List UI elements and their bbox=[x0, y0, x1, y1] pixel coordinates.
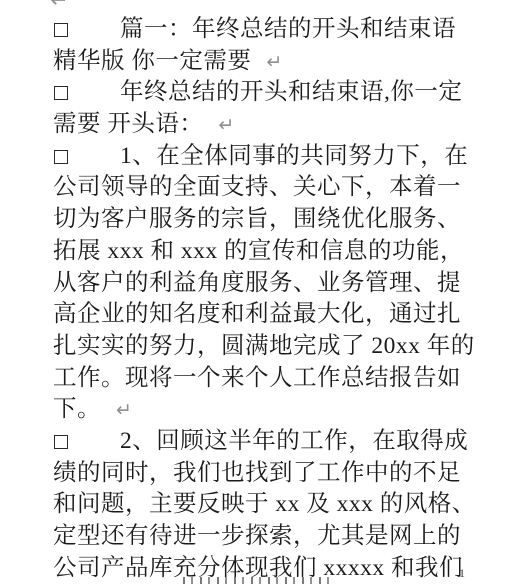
page-number: 1 bbox=[459, 566, 465, 581]
paragraph-mark-icon-cutoff: ↵ bbox=[50, 0, 69, 12]
document-line: 年终总结的开头和结束语,你一定 bbox=[53, 77, 477, 109]
square-bullet-icon bbox=[54, 86, 68, 100]
document-page: ↵ 篇一：年终总结的开头和结束语 精华版 你一定需要↵ 年终总结的开头和结束语,… bbox=[0, 0, 517, 587]
line-text: 需要 开头语： bbox=[53, 111, 203, 137]
line-text: 篇一：年终总结的开头和结束语 bbox=[120, 16, 456, 42]
cutoff-footer-text-glyph-tops bbox=[183, 577, 333, 584]
line-text: 定型还有待进一步探索，尤其是网上的 bbox=[53, 523, 461, 549]
paragraph-mark-icon: ↵ bbox=[218, 114, 234, 136]
square-bullet-icon bbox=[54, 23, 68, 37]
document-line: 下。↵ bbox=[53, 394, 477, 426]
line-text: 1、在全体同事的共同努力下，在 bbox=[120, 143, 468, 169]
line-text: 从客户的利益角度服务、业务管理、提 bbox=[53, 270, 461, 296]
document-line: 工作。现将一个来个人工作总结报告如 bbox=[53, 363, 477, 395]
line-text: 年终总结的开头和结束语,你一定 bbox=[120, 79, 462, 105]
document-line: 1、在全体同事的共同努力下，在 bbox=[53, 141, 477, 173]
line-text: 绩的同时，我们也找到了工作中的不足 bbox=[53, 460, 461, 486]
line-text: 高企业的知名度和利益最大化，通过扎 bbox=[53, 301, 461, 327]
line-text: 和问题，主要反映于 xx 及 xxx 的风格、 bbox=[53, 491, 476, 517]
document-text-block: 篇一：年终总结的开头和结束语 精华版 你一定需要↵ 年终总结的开头和结束语,你一… bbox=[53, 14, 477, 584]
square-bullet-icon bbox=[54, 435, 68, 449]
line-text: 工作。现将一个来个人工作总结报告如 bbox=[53, 365, 461, 391]
document-line: 切为客户服务的宗旨，围绕优化服务、 bbox=[53, 204, 477, 236]
document-line: 和问题，主要反映于 xx 及 xxx 的风格、 bbox=[53, 489, 477, 521]
paragraph-mark-icon: ↵ bbox=[116, 399, 132, 421]
document-line: 需要 开头语：↵ bbox=[53, 109, 477, 141]
document-line: 扎实实的努力，圆满地完成了 20xx 年的 bbox=[53, 331, 477, 363]
document-line: 拓展 xxx 和 xxx 的宣传和信息的功能， bbox=[53, 236, 477, 268]
line-text: 下。 bbox=[53, 396, 101, 422]
line-text: 2、回顾这半年的工作，在取得成 bbox=[120, 428, 468, 454]
line-text: 扎实实的努力，圆满地完成了 20xx 年的 bbox=[53, 333, 475, 359]
document-line: 2、回顾这半年的工作，在取得成 bbox=[53, 426, 477, 458]
line-text: 拓展 xxx 和 xxx 的宣传和信息的功能， bbox=[53, 238, 464, 264]
paragraph-mark-icon: ↵ bbox=[266, 51, 282, 73]
document-line: 精华版 你一定需要↵ bbox=[53, 46, 477, 78]
document-line: 绩的同时，我们也找到了工作中的不足 bbox=[53, 458, 477, 490]
line-text: 公司领导的全面支持、关心下，本着一 bbox=[53, 174, 461, 200]
document-line: 公司领导的全面支持、关心下，本着一 bbox=[53, 172, 477, 204]
document-line: 高企业的知名度和利益最大化，通过扎 bbox=[53, 299, 477, 331]
line-text: 切为客户服务的宗旨，围绕优化服务、 bbox=[53, 206, 461, 232]
line-text: 精华版 你一定需要 bbox=[53, 48, 251, 74]
document-line: 篇一：年终总结的开头和结束语 bbox=[53, 14, 477, 46]
square-bullet-icon bbox=[54, 150, 68, 164]
document-line: 定型还有待进一步探索，尤其是网上的 bbox=[53, 521, 477, 553]
document-line: 从客户的利益角度服务、业务管理、提 bbox=[53, 268, 477, 300]
